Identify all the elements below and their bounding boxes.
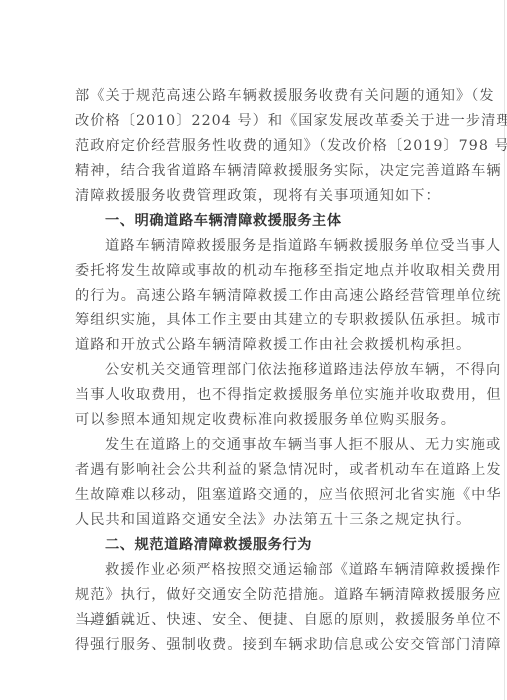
body-line: 生故障难以移动，阻塞道路交通的，应当依照河北省实施《中华 bbox=[75, 483, 437, 508]
body-line: 规范》执行，做好交通安全防范措施。道路车辆清障救援服务应 bbox=[75, 583, 437, 608]
section-heading-1: 一、明确道路车辆清障救援服务主体 bbox=[75, 209, 437, 234]
body-line: 可以参照本通知规定收费标准向救援服务单位购买服务。 bbox=[75, 408, 437, 433]
body-line: 清障救援服务收费管理政策，现将有关事项通知如下： bbox=[75, 184, 437, 209]
body-line: 人民共和国道路交通安全法》办法第五十三条之规定执行。 bbox=[75, 508, 437, 533]
body-line: 当事人收取费用，也不得指定救援服务单位实施并收取费用，但 bbox=[75, 383, 437, 408]
body-line: 道路和开放式公路车辆清障救援工作由社会救援机构承担。 bbox=[75, 333, 437, 358]
body-line: 委托将发生故障或事故的机动车拖移至指定地点并收取相关费用 bbox=[75, 259, 437, 284]
paragraph-start: 发生在道路上的交通事故车辆当事人拒不服从、无力实施或 bbox=[75, 433, 437, 458]
body-line: 改价格〔2010〕2204 号）和《国家发展改革委关于进一步清理规 bbox=[75, 109, 437, 134]
page-number: — 2 — bbox=[84, 614, 137, 629]
body-line: 筹组织实施，具体工作主要由其建立的专职救援队伍承担。城市 bbox=[75, 308, 437, 333]
paragraph-start: 公安机关交通管理部门依法拖移道路违法停放车辆，不得向 bbox=[75, 358, 437, 383]
section-heading-2: 二、规范道路清障救援服务行为 bbox=[75, 533, 437, 558]
document-page: 部《关于规范高速公路车辆救援服务收费有关问题的通知》（发 改价格〔2010〕22… bbox=[0, 0, 505, 700]
body-line: 部《关于规范高速公路车辆救援服务收费有关问题的通知》（发 bbox=[75, 84, 437, 109]
body-line: 得强行服务、强制收费。接到车辆求助信息或公安交管部门清障 bbox=[75, 633, 437, 658]
paragraph-start: 救援作业必须严格按照交通运输部《道路车辆清障救援操作 bbox=[75, 558, 437, 583]
body-line: 的行为。高速公路车辆清障救援工作由高速公路经营管理单位统 bbox=[75, 284, 437, 309]
document-body: 部《关于规范高速公路车辆救援服务收费有关问题的通知》（发 改价格〔2010〕22… bbox=[75, 84, 437, 658]
body-line: 范政府定价经营服务性收费的通知》（发改价格〔2019〕798 号） bbox=[75, 134, 437, 159]
body-line: 精神，结合我省道路车辆清障救援服务实际，决定完善道路车辆 bbox=[75, 159, 437, 184]
body-line: 者遇有影响社会公共利益的紧急情况时，或者机动车在道路上发 bbox=[75, 458, 437, 483]
paragraph-start: 道路车辆清障救援服务是指道路车辆救援服务单位受当事人 bbox=[75, 234, 437, 259]
